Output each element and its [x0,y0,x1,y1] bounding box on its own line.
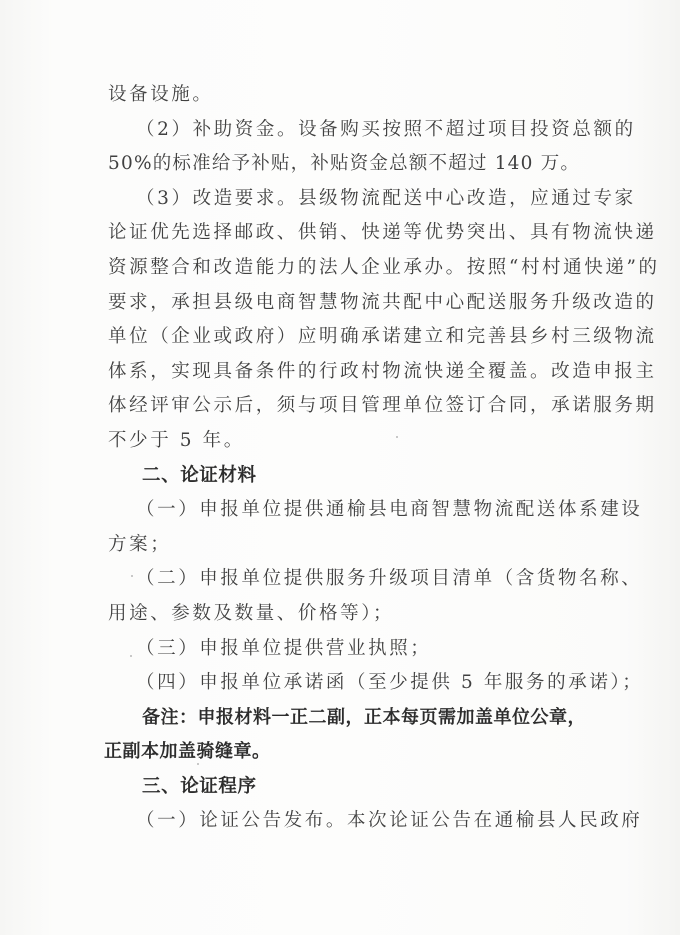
scan-speck [137,540,139,542]
scan-speck [131,575,133,577]
section-heading-procedure: 三、论证程序 [108,770,594,805]
note-line: 备注：申报材料一正二副，正本每页需加盖单位公章， [108,701,594,736]
note-line: 正副本加盖骑缝章。 [104,735,594,770]
subsidy-paragraph-line: （2）补助资金。设备购买按照不超过项目投资总额的 [108,113,594,148]
scan-speck [130,655,132,657]
document-body: 设备设施。 （2）补助资金。设备购买按照不超过项目投资总额的 50%的标准给予补… [108,78,594,839]
section-heading-materials: 二、论证材料 [108,459,594,494]
paragraph-line: 单位（企业或政府）应明确承诺建立和完善县乡村三级物流 [108,320,594,355]
scan-speck [197,763,199,765]
paragraph-line: 资源整合和改造能力的法人企业承办。按照“村村通快递”的 [108,251,594,286]
materials-item-1: （一）申报单位提供通榆县电商智慧物流配送体系建设 [108,493,594,528]
scan-speck [250,614,252,616]
procedure-item-1: （一）论证公告发布。本次论证公告在通榆县人民政府 [108,804,594,839]
materials-item-2: （二）申报单位提供服务升级项目清单（含货物名称、 [108,562,594,597]
paragraph-line: 方案； [108,528,594,563]
paragraph-line: 体系，实现具备条件的行政村物流快递全覆盖。改造申报主 [108,355,594,390]
renovation-paragraph-line: （3）改造要求。县级物流配送中心改造，应通过专家 [108,182,594,217]
paragraph-line: 要求，承担县级电商智慧物流共配中心配送服务升级改造的 [108,286,594,321]
paragraph-line: 用途、参数及数量、价格等）； [108,597,594,632]
paragraph-line: 论证优先选择邮政、供销、快递等优势突出、具有物流快递 [108,216,594,251]
materials-item-3: （三）申报单位提供营业执照； [108,632,594,667]
document-page: 设备设施。 （2）补助资金。设备购买按照不超过项目投资总额的 50%的标准给予补… [0,0,680,935]
scan-speck [396,436,398,438]
paragraph-line: 不少于 5 年。 [108,424,594,459]
materials-item-4: （四）申报单位承诺函（至少提供 5 年服务的承诺）； [108,666,594,701]
paragraph-line: 设备设施。 [108,78,594,113]
paragraph-line: 50%的标准给予补贴，补贴资金总额不超过 140 万。 [108,147,594,182]
paragraph-line: 体经评审公示后，须与项目管理单位签订合同，承诺服务期 [108,389,594,424]
